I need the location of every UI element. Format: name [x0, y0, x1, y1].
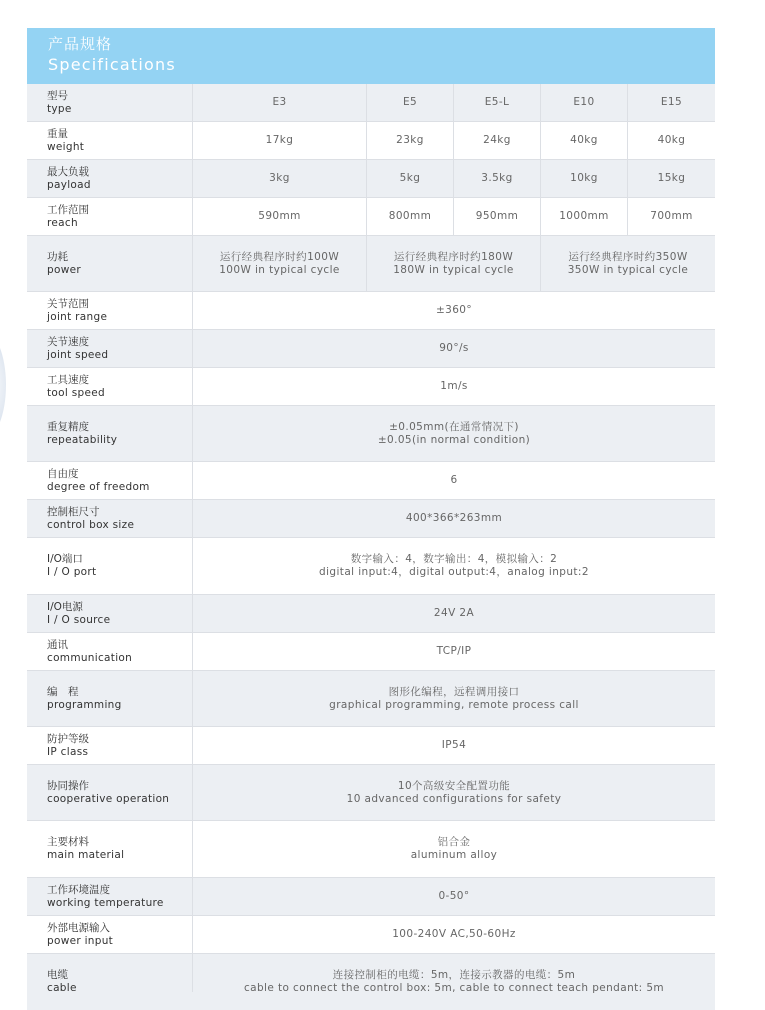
label-cn: 自由度	[47, 468, 192, 481]
value-en: aluminum alloy	[411, 849, 498, 862]
row-label: 自由度 degree of freedom	[27, 462, 193, 499]
cell-value: 图形化编程，远程调用接口 graphical programming, remo…	[193, 671, 715, 726]
label-en: tool speed	[47, 387, 192, 400]
label-en: communication	[47, 652, 192, 665]
cell-e10: E10	[541, 84, 628, 121]
label-en: payload	[47, 179, 192, 192]
row-label: 工作范围 reach	[27, 198, 193, 235]
label-cn: 重复精度	[47, 421, 192, 434]
value-cn: 运行经典程序时约100W	[220, 251, 339, 264]
label-cn: 工作环境温度	[47, 884, 192, 897]
cell-e3: 590mm	[193, 198, 367, 235]
label-cn: 外部电源输入	[47, 922, 192, 935]
cell-value: TCP/IP	[193, 633, 715, 670]
value-en: digital input:4，digital output:4，analog …	[319, 566, 589, 579]
row-main-material: 主要材料 main material 铝合金 aluminum alloy	[27, 821, 715, 878]
value-en: ±0.05(in normal condition)	[378, 434, 530, 447]
label-cn: 工具速度	[47, 374, 192, 387]
row-label: 工作环境温度 working temperature	[27, 878, 193, 915]
value-cn: 运行经典程序时约180W	[394, 251, 513, 264]
label-en: cooperative operation	[47, 793, 192, 806]
row-label: 通讯 communication	[27, 633, 193, 670]
cell-value: 100-240V AC,50-60Hz	[193, 916, 715, 953]
row-working-temperature: 工作环境温度 working temperature 0-50°	[27, 878, 715, 916]
row-degree-of-freedom: 自由度 degree of freedom 6	[27, 462, 715, 500]
cell-e10: 1000mm	[541, 198, 628, 235]
cell-value: ±360°	[193, 292, 715, 329]
cell-e5l: 950mm	[454, 198, 541, 235]
decorative-arc	[0, 330, 6, 440]
value-cn: 连接控制柜的电缆：5m，连接示教器的电缆：5m	[333, 969, 576, 982]
label-cn: 关节范围	[47, 298, 192, 311]
cell-value: 24V 2A	[193, 595, 715, 632]
cell-e5: 23kg	[367, 122, 454, 159]
value-cn: ±0.05mm(在通常情况下)	[389, 421, 519, 434]
value-cn: 运行经典程序时约350W	[568, 251, 687, 264]
cell-e10: 40kg	[541, 122, 628, 159]
label-cn: 重量	[47, 128, 192, 141]
cell-e5: E5	[367, 84, 454, 121]
value-cn: 铝合金	[438, 836, 471, 849]
row-label: 重量 weight	[27, 122, 193, 159]
cell-value: 400*366*263mm	[193, 500, 715, 537]
label-en: power	[47, 264, 192, 277]
row-power: 功耗 power 运行经典程序时约100W 100W in typical cy…	[27, 236, 715, 292]
row-cooperative-operation: 协同操作 cooperative operation 10个高级安全配置功能 1…	[27, 765, 715, 821]
value-cn: 数字输入：4，数字输出：4，模拟输入：2	[351, 553, 558, 566]
cell-e5: 800mm	[367, 198, 454, 235]
cell-e5l: E5-L	[454, 84, 541, 121]
cell-value: ±0.05mm(在通常情况下) ±0.05(in normal conditio…	[193, 406, 715, 461]
row-tool-speed: 工具速度 tool speed 1m/s	[27, 368, 715, 406]
cell-power-e3: 运行经典程序时约100W 100W in typical cycle	[193, 236, 367, 291]
row-communication: 通讯 communication TCP/IP	[27, 633, 715, 671]
value-en: 100W in typical cycle	[219, 264, 340, 277]
label-en: weight	[47, 141, 192, 154]
row-repeatability: 重复精度 repeatability ±0.05mm(在通常情况下) ±0.05…	[27, 406, 715, 462]
row-joint-speed: 关节速度 joint speed 90°/s	[27, 330, 715, 368]
value-cn: 10个高级安全配置功能	[398, 780, 510, 793]
label-cn: 编 程	[47, 686, 192, 699]
row-io-port: I/O端口 I / O port 数字输入：4，数字输出：4，模拟输入：2 di…	[27, 538, 715, 595]
row-label: 型号 type	[27, 84, 193, 121]
label-en: working temperature	[47, 897, 192, 910]
label-en: IP class	[47, 746, 192, 759]
label-en: reach	[47, 217, 192, 230]
cell-e3: 3kg	[193, 160, 367, 197]
cell-e5: 5kg	[367, 160, 454, 197]
cell-power-e10-e15: 运行经典程序时约350W 350W in typical cycle	[541, 236, 715, 291]
row-power-input: 外部电源输入 power input 100-240V AC,50-60Hz	[27, 916, 715, 954]
cell-e15: E15	[628, 84, 715, 121]
cell-e10: 10kg	[541, 160, 628, 197]
label-en: I / O source	[47, 614, 192, 627]
row-label: 主要材料 main material	[27, 821, 193, 877]
label-cn: 电缆	[47, 969, 193, 982]
row-label: 编 程 programming	[27, 671, 193, 726]
specifications-banner: 产品规格 Specifications	[27, 28, 715, 84]
row-label: 关节范围 joint range	[27, 292, 193, 329]
value-en: 350W in typical cycle	[568, 264, 689, 277]
label-cn: 关节速度	[47, 336, 192, 349]
row-ip-class: 防护等级 IP class IP54	[27, 727, 715, 765]
row-label: 外部电源输入 power input	[27, 916, 193, 953]
label-cn: 功耗	[47, 251, 192, 264]
row-label: 控制柜尺寸 control box size	[27, 500, 193, 537]
row-label: 电缆 cable	[27, 954, 193, 1010]
cell-e5l: 24kg	[454, 122, 541, 159]
row-type: 型号 type E3 E5 E5-L E10 E15	[27, 84, 715, 122]
cell-value: IP54	[193, 727, 715, 764]
row-label: 防护等级 IP class	[27, 727, 193, 764]
cell-value: 铝合金 aluminum alloy	[193, 821, 715, 877]
row-io-source: I/O电源 I / O source 24V 2A	[27, 595, 715, 633]
row-label: 关节速度 joint speed	[27, 330, 193, 367]
banner-title-en: Specifications	[48, 54, 715, 75]
row-label: 最大负载 payload	[27, 160, 193, 197]
label-cn: I/O端口	[47, 553, 192, 566]
label-en: cable	[47, 982, 193, 995]
label-cn: 通讯	[47, 639, 192, 652]
label-cn: 型号	[47, 90, 192, 103]
value-en: 10 advanced configurations for safety	[347, 793, 562, 806]
row-payload: 最大负载 payload 3kg 5kg 3.5kg 10kg 15kg	[27, 160, 715, 198]
row-label: 功耗 power	[27, 236, 193, 291]
row-label: I/O电源 I / O source	[27, 595, 193, 632]
cell-e5l: 3.5kg	[454, 160, 541, 197]
cell-value: 1m/s	[193, 368, 715, 405]
label-en: programming	[47, 699, 192, 712]
cell-e15: 40kg	[628, 122, 715, 159]
row-reach: 工作范围 reach 590mm 800mm 950mm 1000mm 700m…	[27, 198, 715, 236]
label-en: repeatability	[47, 434, 192, 447]
cell-value: 连接控制柜的电缆：5m，连接示教器的电缆：5m cable to connect…	[193, 954, 715, 1010]
label-cn: 最大负载	[47, 166, 192, 179]
label-en: main material	[47, 849, 192, 862]
cell-e3: 17kg	[193, 122, 367, 159]
label-cn: 工作范围	[47, 204, 192, 217]
row-cable: 电缆 cable 连接控制柜的电缆：5m，连接示教器的电缆：5m cable t…	[27, 954, 715, 1010]
row-joint-range: 关节范围 joint range ±360°	[27, 292, 715, 330]
row-label: 工具速度 tool speed	[27, 368, 193, 405]
label-en: type	[47, 103, 192, 116]
value-en: cable to connect the control box: 5m, ca…	[244, 982, 664, 995]
label-cn: 主要材料	[47, 836, 192, 849]
cell-value: 数字输入：4，数字输出：4，模拟输入：2 digital input:4，dig…	[193, 538, 715, 594]
value-cn: 图形化编程，远程调用接口	[389, 686, 520, 699]
label-cn: 协同操作	[47, 780, 192, 793]
row-label: I/O端口 I / O port	[27, 538, 193, 594]
label-cn: I/O电源	[47, 601, 192, 614]
specifications-table: 产品规格 Specifications 型号 type E3 E5 E5-L E…	[27, 28, 715, 1010]
label-cn: 控制柜尺寸	[47, 506, 192, 519]
row-programming: 编 程 programming 图形化编程，远程调用接口 graphical p…	[27, 671, 715, 727]
banner-title-cn: 产品规格	[48, 35, 715, 54]
cell-e3: E3	[193, 84, 367, 121]
label-en: control box size	[47, 519, 192, 532]
cell-value: 0-50°	[193, 878, 715, 915]
value-en: 180W in typical cycle	[393, 264, 514, 277]
cell-power-e5-e5l: 运行经典程序时约180W 180W in typical cycle	[367, 236, 541, 291]
cell-value: 6	[193, 462, 715, 499]
row-label: 协同操作 cooperative operation	[27, 765, 193, 820]
label-en: degree of freedom	[47, 481, 192, 494]
cell-e15: 700mm	[628, 198, 715, 235]
row-label: 重复精度 repeatability	[27, 406, 193, 461]
label-cn: 防护等级	[47, 733, 192, 746]
cell-value: 90°/s	[193, 330, 715, 367]
cell-e15: 15kg	[628, 160, 715, 197]
value-en: graphical programming, remote process ca…	[329, 699, 579, 712]
label-en: joint speed	[47, 349, 192, 362]
cell-value: 10个高级安全配置功能 10 advanced configurations f…	[193, 765, 715, 820]
label-en: power input	[47, 935, 192, 948]
label-en: joint range	[47, 311, 192, 324]
row-control-box-size: 控制柜尺寸 control box size 400*366*263mm	[27, 500, 715, 538]
row-weight: 重量 weight 17kg 23kg 24kg 40kg 40kg	[27, 122, 715, 160]
label-en: I / O port	[47, 566, 192, 579]
